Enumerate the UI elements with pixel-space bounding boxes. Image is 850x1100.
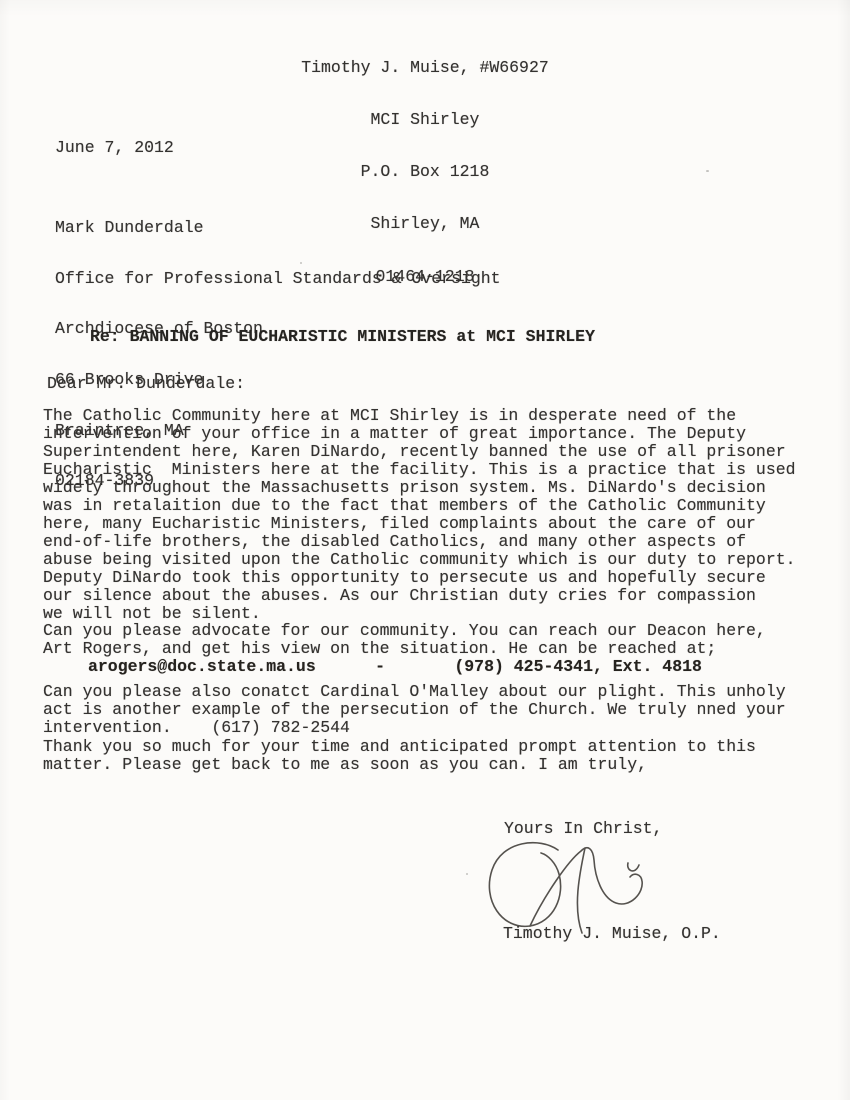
recipient-office-line: Office for Professional Standards & Over… [55,271,501,288]
handwritten-signature [478,836,690,936]
sender-facility-line: MCI Shirley [0,111,850,128]
signature-icon [478,836,690,936]
salutation: Dear Mr. Dunderdale: [47,375,245,393]
body-paragraph-2: Can you please advocate for our communit… [43,622,818,658]
body-paragraph-3: Can you please also conatct Cardinal O'M… [43,683,818,737]
typed-signature-name: Timothy J. Muise, O.P. [503,925,721,943]
sender-name-line: Timothy J. Muise, #W66927 [0,59,850,76]
letter-date: June 7, 2012 [55,139,174,157]
recipient-name-line: Mark Dunderdale [55,220,501,237]
body-paragraph-1: The Catholic Community here at MCI Shirl… [43,407,818,623]
subject-line: Re: BANNING OF EUCHARISTIC MINISTERS at … [90,328,595,346]
scanned-letter-page: Timothy J. Muise, #W66927 MCI Shirley P.… [0,0,850,1100]
scan-speck [300,262,302,264]
body-paragraph-4: Thank you so much for your time and anti… [43,738,818,774]
scan-speck [466,873,468,875]
scan-speck [706,170,709,172]
sender-pobox-line: P.O. Box 1218 [0,163,850,180]
scan-speck [188,599,191,601]
deacon-contact-line: arogers@doc.state.ma.us - (978) 425-4341… [88,658,702,676]
